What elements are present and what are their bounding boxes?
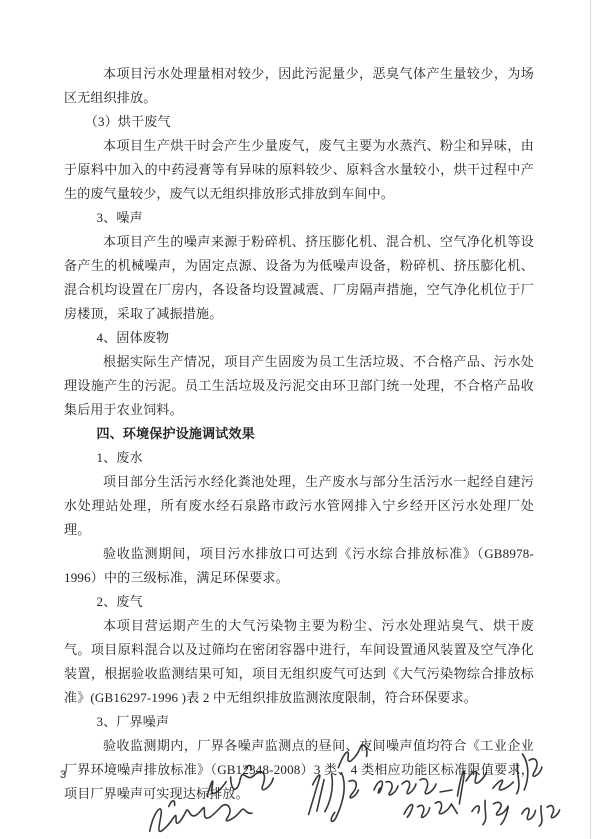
page-background: 本项目污水处理量相对较少，因此污泥量少，恶臭气体产生量较少，为场区无组织排放。 … xyxy=(0,0,595,839)
scanned-document-page: { "page": { "background": "#ffffff", "te… xyxy=(0,0,595,839)
handwritten-signature-3 xyxy=(308,771,359,823)
handwritten-signature-4 xyxy=(335,744,370,767)
handwritten-signature-8 xyxy=(471,799,509,826)
handwritten-signature-2 xyxy=(204,762,275,797)
handwritten-signature-9 xyxy=(521,804,561,828)
handwritten-signature-5 xyxy=(374,779,452,795)
handwritten-signature-7 xyxy=(403,800,457,819)
signatures-overlay xyxy=(0,0,595,839)
handwritten-signature-1 xyxy=(145,788,252,835)
handwritten-signature-6 xyxy=(454,752,545,804)
